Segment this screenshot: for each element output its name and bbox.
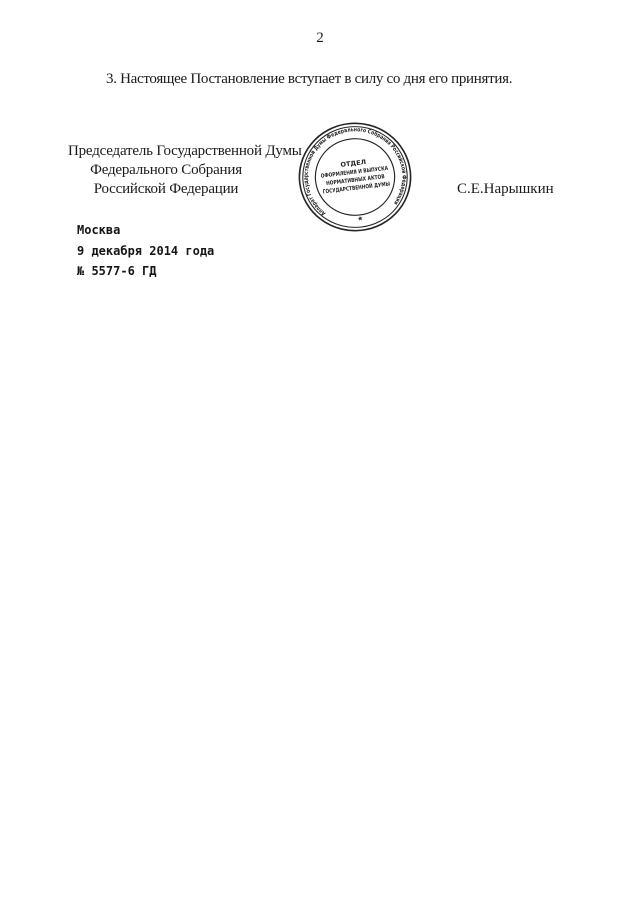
issue-city: Москва <box>77 220 214 241</box>
signature-title-line: Федерального Собрания <box>90 162 242 179</box>
body-paragraph: 3. Настоящее Постановление вступает в си… <box>106 71 512 88</box>
signature-title-line: Российской Федерации <box>94 181 239 198</box>
issue-doc-number: № 5577-6 ГД <box>77 261 214 282</box>
issue-block: Москва 9 декабря 2014 года № 5577-6 ГД <box>77 220 214 282</box>
page-number: 2 <box>0 30 640 47</box>
signature-title-line: Председатель Государственной Думы <box>68 143 302 160</box>
star-icon: ★ <box>357 214 364 223</box>
stamp-center-line: ОТДЕЛ <box>340 158 367 169</box>
signer-name: С.Е.Нарышкин <box>457 181 554 198</box>
official-stamp-seal: Аппарат Государственной Думы Федеральног… <box>297 121 413 233</box>
issue-date: 9 декабря 2014 года <box>77 241 214 262</box>
document-page: 2 3. Настоящее Постановление вступает в … <box>0 0 640 905</box>
